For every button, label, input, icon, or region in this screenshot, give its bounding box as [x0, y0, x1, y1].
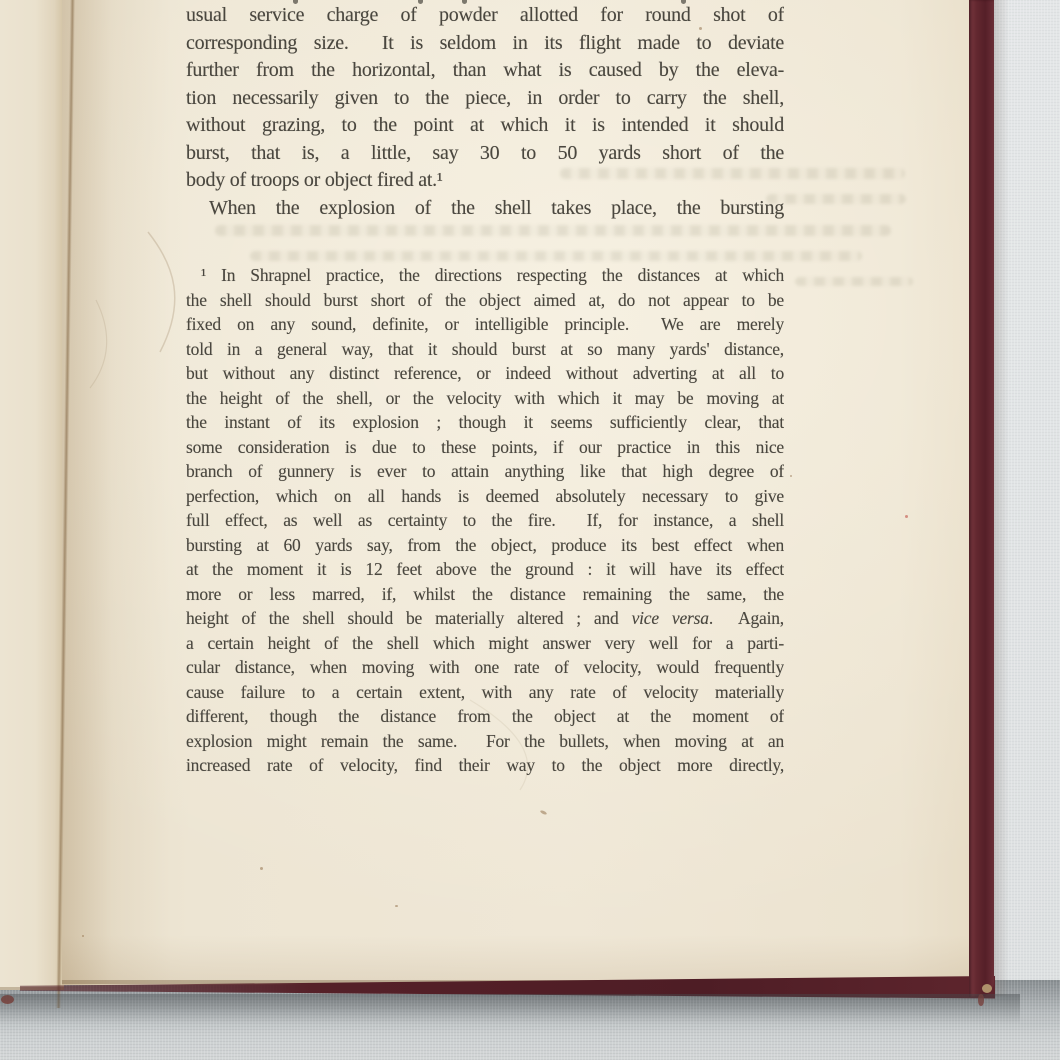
pencil-scratch-marks	[0, 0, 1060, 1060]
paper-speck	[260, 867, 263, 870]
paper-speck	[699, 27, 702, 30]
paper-speck	[640, 128, 642, 130]
paper-speck	[905, 515, 908, 518]
book-photo-scene: usual service charge of powder allotted …	[0, 0, 1060, 1060]
paper-speck	[790, 475, 792, 477]
paper-speck	[395, 905, 398, 907]
cover-corner-wear	[982, 984, 992, 993]
paper-speck	[82, 935, 84, 937]
book-cover-edge-right	[969, 0, 994, 997]
book-cast-shadow	[0, 994, 1020, 1024]
